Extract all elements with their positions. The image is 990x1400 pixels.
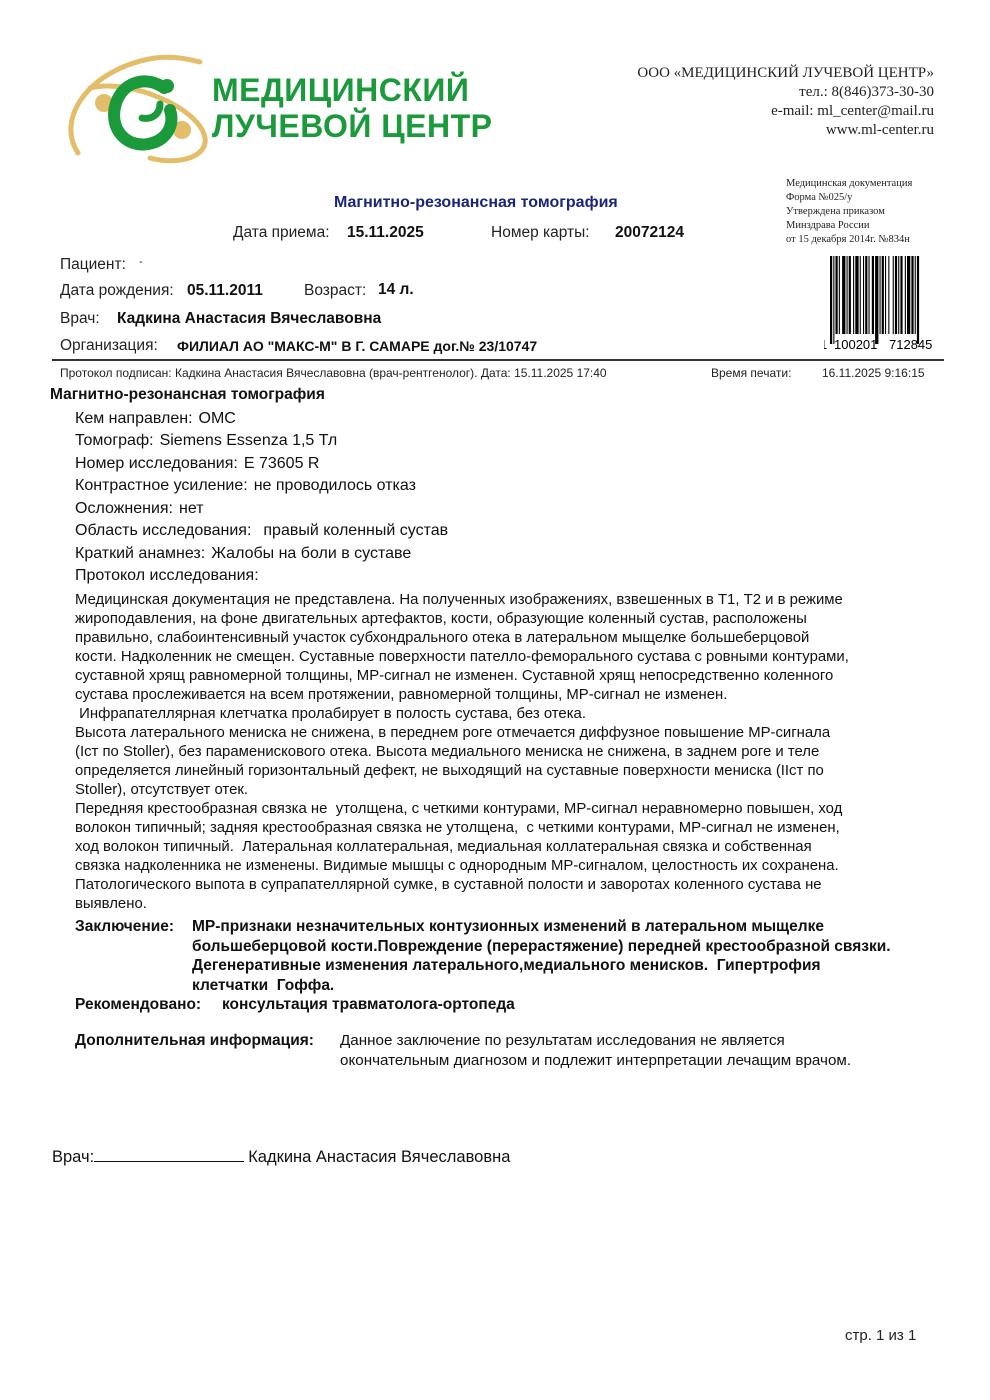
form-info-line: Минздрава России: [786, 219, 870, 233]
doctor-value: Кадкина Анастасия Вячеславовна: [117, 310, 381, 328]
company-name: ООО «МЕДИЦИНСКИЙ ЛУЧЕВОЙ ЦЕНТР»: [637, 65, 934, 82]
text-line: суставной хрящ равномерной толщины, МР-с…: [75, 667, 945, 686]
svg-text:1: 1: [824, 337, 827, 351]
patient-label: Пациент:: [60, 256, 126, 274]
text-line: окончательным диагнозом и подлежит интер…: [340, 1051, 940, 1071]
field-study-number: Номер исследования:E 73605 R: [75, 455, 319, 473]
divider: [52, 359, 944, 361]
text-line: Данное заключение по результатам исследо…: [340, 1031, 940, 1051]
visit-date-value: 15.11.2025: [347, 224, 424, 242]
field-value: E 73605 R: [244, 455, 320, 472]
text-line: Stoller), отсутствует отек.: [75, 781, 945, 800]
text-line: Инфрапателлярная клетчатка пролабирует в…: [75, 705, 945, 724]
additional-info-text: Данное заключение по результатам исследо…: [340, 1031, 940, 1070]
field-referred-by: Кем направлен:ОМС: [75, 410, 236, 428]
text-line: (Iст по Stoller), без параменискового от…: [75, 743, 945, 762]
patient-value: -: [139, 256, 143, 268]
protocol-text: Медицинская документация не представлена…: [75, 591, 945, 914]
company-phone: тел.: 8(846)373-30-30: [799, 84, 934, 101]
atom-orbit-logo-icon: [60, 48, 210, 168]
form-info-line: Утверждена приказом: [786, 205, 885, 219]
text-line: большеберцовой кости.Повреждение (перера…: [192, 937, 952, 957]
text-line: Высота латерального мениска не снижена, …: [75, 724, 945, 743]
text-line: Дегенеративные изменения латерального,ме…: [192, 956, 952, 976]
field-value: Siemens Essenza 1,5 Тл: [160, 432, 338, 449]
field-contrast: Контрастное усиление:не проводилось отка…: [75, 477, 416, 495]
text-line: МР-признаки незначительных контузионных …: [192, 917, 952, 937]
field-label: Осложнения:: [75, 500, 173, 517]
age-value: 14 л.: [378, 281, 414, 299]
text-line: Передняя крестообразная связка не утолще…: [75, 800, 945, 819]
print-time-value: 16.11.2025 9:16:15: [822, 366, 925, 380]
svg-text:712845: 712845: [889, 337, 932, 351]
signature-name: Кадкина Анастасия Вячеславовна: [248, 1148, 510, 1166]
text-line: ход волокон типичный. Латеральная коллат…: [75, 838, 945, 857]
text-line: Патологического выпота в супрапателлярно…: [75, 876, 945, 895]
doctor-label: Врач:: [60, 310, 100, 328]
print-time-label: Время печати:: [711, 366, 791, 380]
card-number-value: 20072124: [615, 224, 684, 242]
additional-info-label: Дополнительная информация:: [75, 1032, 314, 1050]
birth-date-label: Дата рождения:: [60, 282, 174, 300]
barcode: 1100201712845: [824, 256, 946, 351]
field-study-area: Область исследования:правый коленный сус…: [75, 522, 448, 540]
field-anamnesis: Краткий анамнез:Жалобы на боли в суставе: [75, 545, 411, 563]
field-value: правый коленный сустав: [263, 522, 448, 539]
page-number: стр. 1 из 1: [845, 1327, 916, 1344]
text-line: связка надколенника не изменены. Видимые…: [75, 857, 945, 876]
field-label: Номер исследования:: [75, 455, 238, 472]
company-website: www.ml-center.ru: [826, 122, 934, 139]
text-line: Медицинская документация не представлена…: [75, 591, 945, 610]
birth-date-value: 05.11.2011: [187, 282, 263, 300]
field-label: Протокол исследования:: [75, 567, 259, 584]
recommended-value: консультация травматолога-ортопеда: [222, 996, 515, 1014]
study-section-title: Магнитно-резонансная томография: [50, 386, 325, 404]
card-number-label: Номер карты:: [491, 224, 590, 242]
field-value: нет: [179, 500, 204, 517]
age-label: Возраст:: [304, 282, 366, 300]
field-complications: Осложнения:нет: [75, 500, 204, 518]
field-label: Контрастное усиление:: [75, 477, 248, 494]
organization-value: ФИЛИАЛ АО "МАКС-М" В Г. САМАРЕ дог.№ 23/…: [177, 338, 537, 354]
recommended-label: Рекомендовано:: [75, 996, 201, 1014]
field-label: Томограф:: [75, 432, 154, 449]
signature-line: [94, 1146, 244, 1162]
visit-date-label: Дата приема:: [233, 224, 330, 242]
text-line: выявлено.: [75, 895, 945, 914]
form-info-line: Форма №025/у: [786, 191, 852, 205]
field-value: Жалобы на боли в суставе: [211, 545, 411, 562]
text-line: сустава прослеживается на всем протяжени…: [75, 686, 945, 705]
organization-label: Организация:: [60, 337, 158, 355]
text-line: кости. Надколенник не смещен. Суставные …: [75, 648, 945, 667]
form-info-line: от 15 декабря 2014г. №834н: [786, 233, 910, 247]
svg-text:100201: 100201: [834, 337, 877, 351]
conclusion-text: МР-признаки незначительных контузионных …: [192, 917, 952, 995]
company-email: e-mail: ml_center@mail.ru: [771, 103, 934, 120]
field-protocol: Протокол исследования:: [75, 567, 265, 585]
field-value: ОМС: [199, 410, 236, 427]
signature-label: Врач:: [52, 1148, 94, 1166]
field-label: Краткий анамнез:: [75, 545, 205, 562]
logo-text-line2: ЛУЧЕВОЙ ЦЕНТР: [212, 110, 493, 142]
conclusion-label: Заключение:: [75, 918, 174, 936]
logo-text-line1: МЕДИЦИНСКИЙ: [212, 74, 469, 106]
field-label: Кем направлен:: [75, 410, 193, 427]
field-label: Область исследования:: [75, 522, 251, 539]
text-line: волокон типичный; задняя крестообразная …: [75, 819, 945, 838]
text-line: определяется линейный горизонтальный деф…: [75, 762, 945, 781]
form-info-line: Медицинская документация: [786, 177, 912, 191]
text-line: правильно, слабоинтенсивный участок субх…: [75, 629, 945, 648]
signature-block: Врач:Кадкина Анастасия Вячеславовна: [52, 1146, 510, 1167]
text-line: жироподавления, на фоне двигательных арт…: [75, 610, 945, 629]
text-line: клетчатки Гоффа.: [192, 976, 952, 996]
field-value: не проводилось отказ: [254, 477, 416, 494]
protocol-signed-text: Протокол подписан: Кадкина Анастасия Вяч…: [60, 366, 607, 380]
document-title: Магнитно-резонансная томография: [334, 194, 618, 212]
field-scanner: Томограф:Siemens Essenza 1,5 Тл: [75, 432, 337, 450]
